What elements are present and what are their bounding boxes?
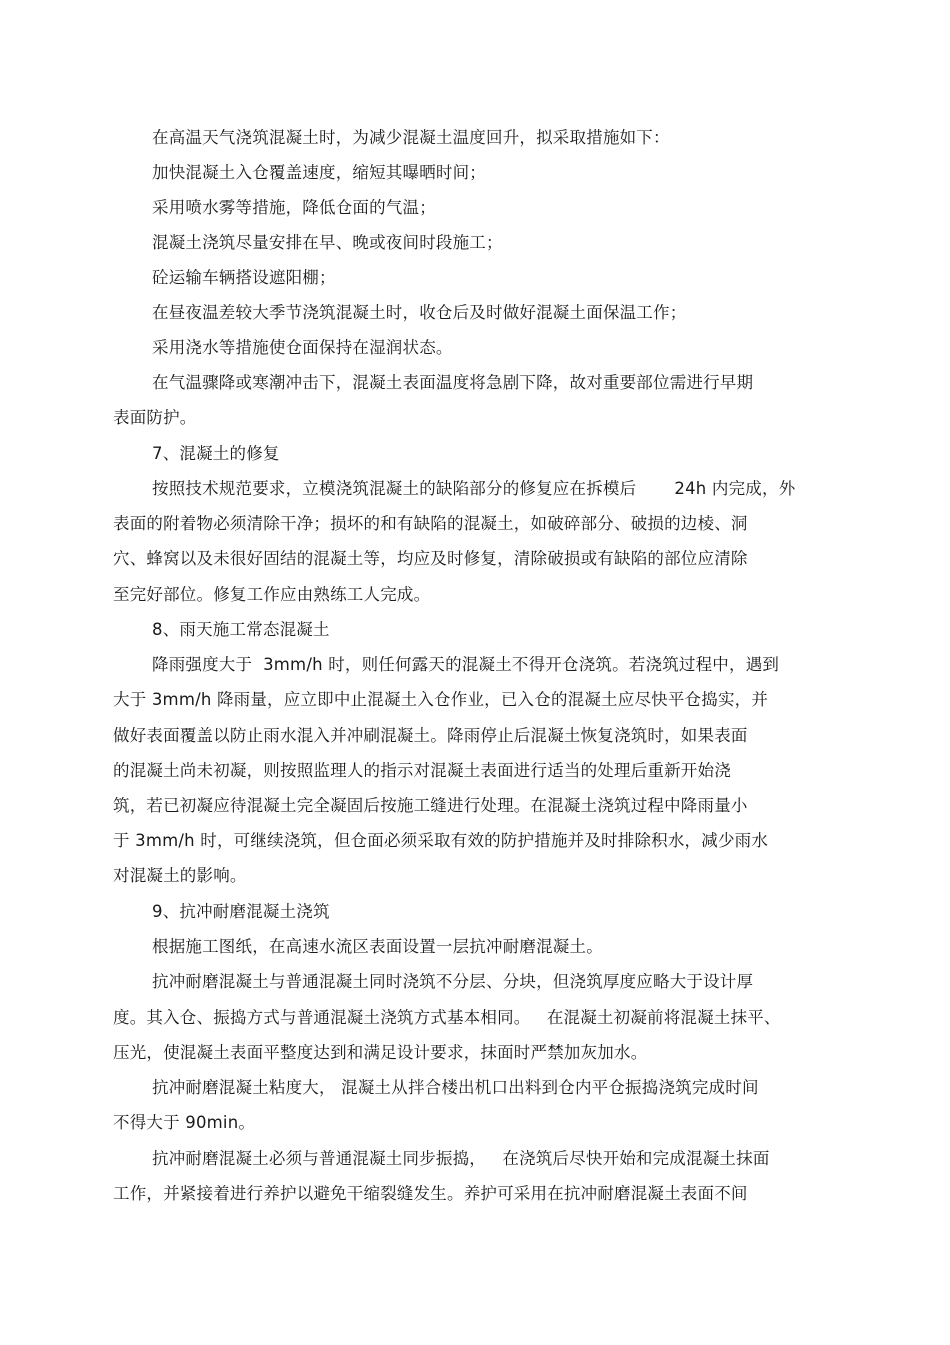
- section-heading-9: 9、抗冲耐磨混凝土浇筑: [152, 902, 330, 922]
- paragraph-line: 抗冲耐磨混凝土必须与普通混凝土同步振捣， 在浇筑后尽快开始和完成混凝土抹面: [152, 1149, 770, 1169]
- document-page: 在高温天气浇筑混凝土时，为减少混凝土温度回升，拟采取措施如下： 加快混凝土入仓覆…: [0, 0, 950, 1345]
- paragraph-line: 大于 3mm/h 降雨量，应立即中止混凝土入仓作业，已入仓的混凝土应尽快平仓捣实…: [113, 690, 768, 710]
- paragraph-line: 至完好部位。修复工作应由熟练工人完成。: [113, 585, 430, 605]
- paragraph-line: 筑，若已初凝应待混凝土完全凝固后按施工缝进行处理。在混凝土浇筑过程中降雨量小: [113, 796, 748, 816]
- section-heading-7: 7、混凝土的修复: [152, 444, 280, 464]
- paragraph-line: 表面防护。: [113, 408, 197, 428]
- paragraph-line: 穴、蜂窝以及未很好固结的混凝土等，均应及时修复，清除破损或有缺陷的部位应清除: [113, 549, 748, 569]
- paragraph-line: 在气温骤降或寒潮冲击下，混凝土表面温度将急剧下降，故对重要部位需进行早期: [152, 373, 753, 393]
- paragraph-line: 做好表面覆盖以防止雨水混入并冲刷混凝土。降雨停止后混凝土恢复浇筑时，如果表面: [113, 726, 748, 746]
- paragraph-line: 在高温天气浇筑混凝土时，为减少混凝土温度回升，拟采取措施如下：: [152, 128, 670, 148]
- paragraph-line: 压光，使混凝土表面平整度达到和满足设计要求，抹面时严禁加灰加水。: [113, 1043, 647, 1063]
- list-item: 砼运输车辆搭设遮阳棚；: [152, 268, 336, 288]
- paragraph-line: 表面的附着物必须清除干净；损坏的和有缺陷的混凝土，如破碎部分、破损的边棱、洞: [113, 514, 748, 534]
- paragraph-line: 度。其入仓、振捣方式与普通混凝土浇筑方式基本相同。 在混凝土初凝前将混凝土抹平、: [113, 1008, 781, 1028]
- list-item: 采用浇水等措施使仓面保持在湿润状态。: [152, 338, 453, 358]
- paragraph-line: 抗冲耐磨混凝土粘度大， 混凝土从拌合楼出机口出料到仓内平仓振捣浇筑完成时间: [152, 1078, 759, 1098]
- paragraph-line: 降雨强度大于 3mm/h 时，则任何露天的混凝土不得开仓浇筑。若浇筑过程中，遇到: [152, 655, 779, 675]
- paragraph-line: 按照技术规范要求，立模浇筑混凝土的缺陷部分的修复应在拆模后 24h 内完成，外: [152, 479, 795, 499]
- paragraph-line: 于 3mm/h 时，可继续浇筑，但仓面必须采取有效的防护措施并及时排除积水，减少…: [113, 831, 768, 851]
- paragraph-line: 抗冲耐磨混凝土与普通混凝土同时浇筑不分层、分块，但浇筑厚度应略大于设计厚: [152, 972, 753, 992]
- paragraph-line: 对混凝土的影响。: [113, 866, 247, 886]
- paragraph-line: 根据施工图纸，在高速水流区表面设置一层抗冲耐磨混凝土。: [152, 937, 603, 957]
- paragraph-line: 的混凝土尚未初凝，则按照监理人的指示对混凝土表面进行适当的处理后重新开始浇: [113, 761, 731, 781]
- list-item: 混凝土浇筑尽量安排在早、晚或夜间时段施工；: [152, 233, 503, 253]
- list-item: 加快混凝土入仓覆盖速度，缩短其曝晒时间；: [152, 163, 486, 183]
- list-item: 采用喷水雾等措施，降低仓面的气温；: [152, 198, 436, 218]
- section-heading-8: 8、雨天施工常态混凝土: [152, 620, 330, 640]
- paragraph-line: 工作，并紧接着进行养护以避免干缩裂缝发生。养护可采用在抗冲耐磨混凝土表面不间: [113, 1184, 748, 1204]
- list-item: 在昼夜温差较大季节浇筑混凝土时，收仓后及时做好混凝土面保温工作；: [152, 303, 686, 323]
- paragraph-line: 不得大于 90min。: [113, 1113, 255, 1133]
